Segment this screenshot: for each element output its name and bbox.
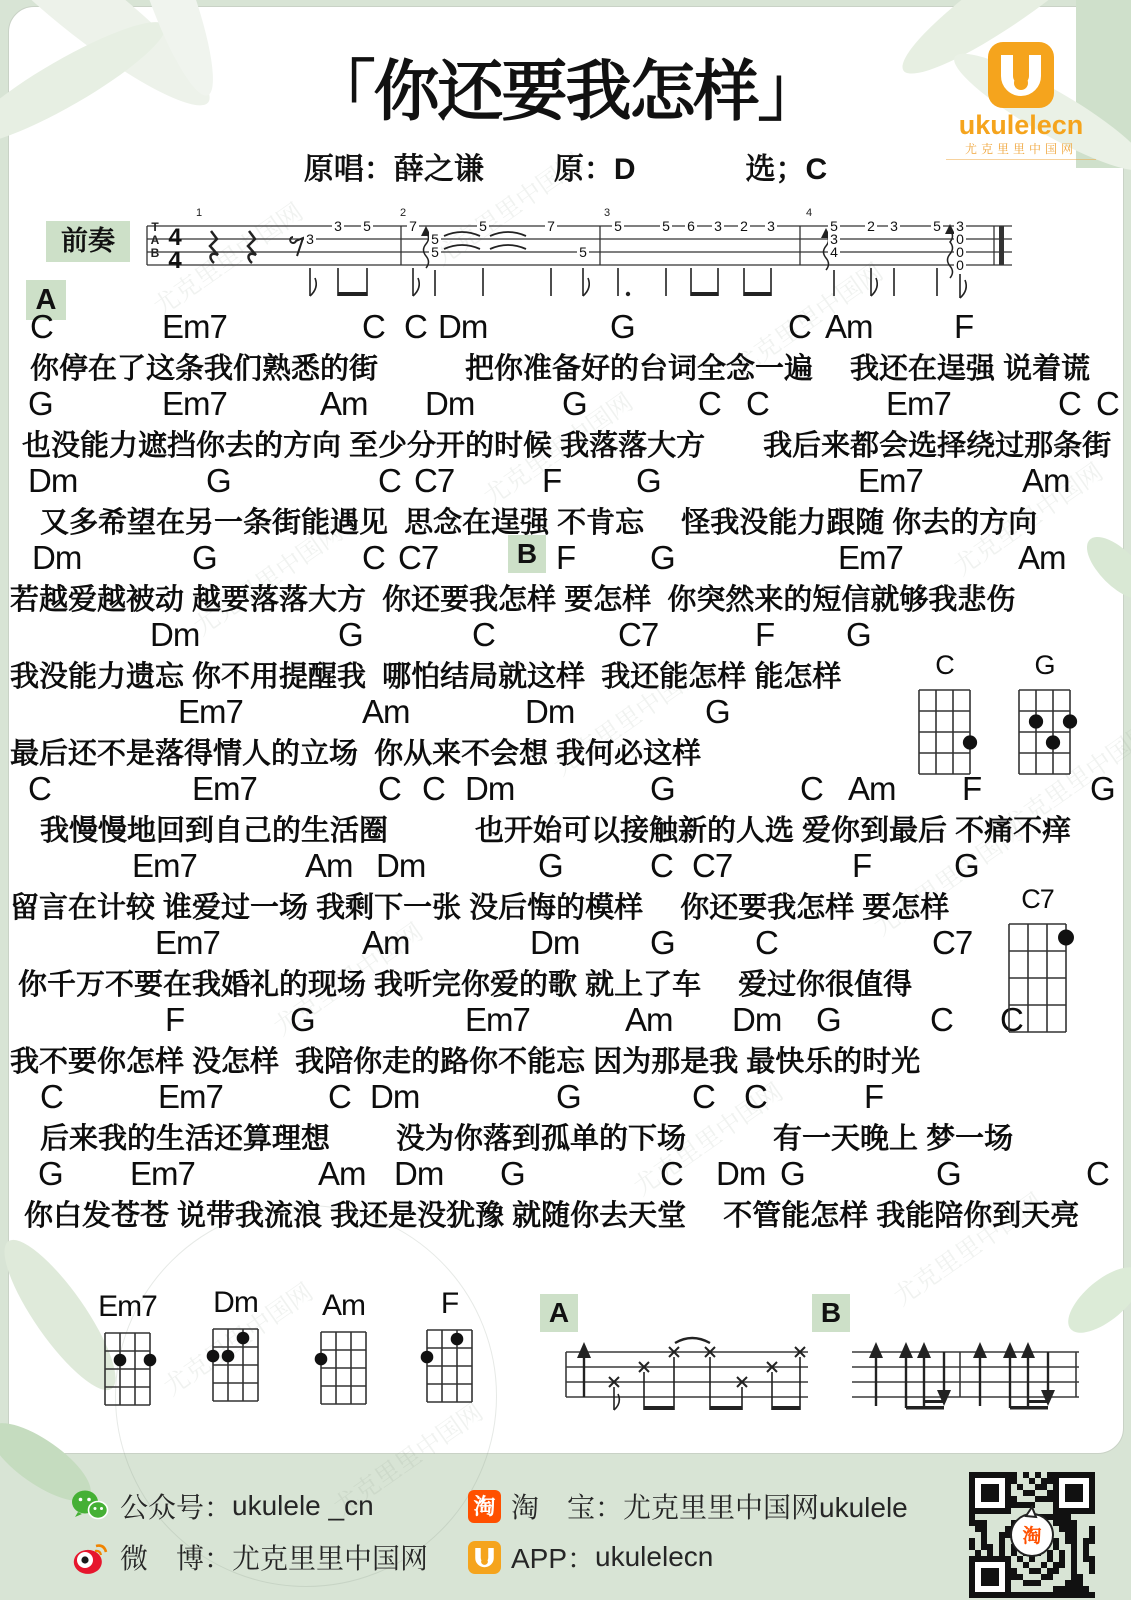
chord-label: Em7 [162,308,227,346]
tab-measure-number: 1 [196,207,202,219]
chord-label: Am [318,1155,366,1193]
section-b-marker: B [508,535,546,573]
tab-fret-number: 0 [956,257,964,273]
svg-text:A: A [151,233,160,247]
chord-label: Am [362,924,410,962]
chord-diagram-Dm: Dm [204,1286,267,1410]
chord-diagram-G: G [1010,650,1079,783]
song-line: GEm7AmDmGCDmGGC你白发苍苍 说带我流浪 我还是没犹豫 就随你去天堂… [10,1149,1122,1226]
chord-label: C [650,847,673,885]
footer-app-value: ukulelecn [595,1541,713,1573]
chord-label: C7 [398,539,438,577]
chord-label: G [338,616,363,654]
tab-fret-number: 3 [890,218,898,234]
credit-key-play: 选；C [746,153,828,186]
ukulelecn-logo-icon [988,42,1054,108]
qr-center-glyph: 淘 [1022,1524,1041,1547]
chord-label: Em7 [886,385,951,423]
chord-diagram-label: C7 [1000,884,1075,915]
chord-label: Am [848,770,896,808]
taobao-qr-code: 淘 [966,1472,1098,1598]
chord-label: G [28,385,53,423]
chord-label: G [556,1078,581,1116]
tab-fret-number: 3 [334,218,342,234]
song-line: GEm7AmDmGCCEm7CC也没能力遮挡你去的方向 至少分开的时候 我落落大… [10,379,1122,456]
chord-label: G [816,1001,841,1039]
chord-label: F [954,308,973,346]
chord-diagram-label: Em7 [96,1290,159,1324]
chord-diagram-label: Dm [204,1286,267,1320]
chord-label: Dm [150,616,199,654]
chord-label: F [864,1078,883,1116]
tab-fret-number: 2 [867,218,875,234]
chord-label: C [40,1078,63,1116]
chord-label: C7 [692,847,732,885]
tab-fret-number: 5 [614,218,622,234]
chord-label: G [1090,770,1115,808]
strum-pattern-b-label: B [812,1294,850,1332]
brand-subtitle: 尤克里里中国网 [946,140,1096,160]
chord-label: Em7 [838,539,903,577]
app-icon [468,1541,501,1574]
chord-label: Em7 [192,770,257,808]
chord-label: G [650,539,675,577]
strum-pattern-b [848,1330,1083,1415]
tab-measure-number: 4 [806,207,812,219]
chord-label: Dm [732,1001,781,1039]
chord-label: G [650,924,675,962]
chord-label: Am [625,1001,673,1039]
chord-label: C [660,1155,683,1193]
tab-fret-number: 4 [830,244,838,260]
chord-label: C [788,308,811,346]
tab-fret-number: 3 [714,218,722,234]
song-line: FGEm7AmDmGCC我不要你怎样 没怎样 我陪你走的路你不能忘 因为那是我 … [10,995,1122,1072]
tab-fret-number: 6 [687,218,695,234]
chord-label: Em7 [132,847,197,885]
chord-label: G [936,1155,961,1193]
chord-label: C [698,385,721,423]
tab-measure-number: 2 [400,207,406,219]
chord-label: C [746,385,769,423]
song-line: CEm7CDmGCCF后来我的生活还算理想 没为你落到孤单的下场 有一天晚上 梦… [10,1072,1122,1149]
footer-wechat-label: 公众号： [120,1486,232,1526]
chord-label: C [362,308,385,346]
tab-fret-number: 2 [740,218,748,234]
tab-fret-number: 3 [767,218,775,234]
svg-text:4: 4 [168,247,182,274]
chord-label: Am [305,847,353,885]
chord-label: Em7 [162,385,227,423]
footer-weibo-label: 微 博： [120,1537,232,1577]
chord-label: G [290,1001,315,1039]
chord-label: C [328,1078,351,1116]
chord-diagram-label: F [418,1287,481,1321]
chord-label: Dm [465,770,514,808]
chord-label: Dm [376,847,425,885]
chord-label: C [28,770,51,808]
chord-sheet-page: 尤克里里中国网尤克里里中国网尤克里里中国网尤克里里中国网尤克里里中国网尤克里里中… [0,0,1131,1600]
chord-label: G [206,462,231,500]
chord-label: G [192,539,217,577]
chord-label: C [755,924,778,962]
chord-label: Dm [425,385,474,423]
tab-measure-number: 3 [604,207,610,219]
tab-fret-number: 5 [579,244,587,260]
strum-pattern-a-label: A [540,1294,578,1332]
song-line: DmGCC7FGEm7AmB若越爱越被动 越要落落大方 你还要我怎样 要怎样 你… [10,533,1122,610]
chord-label: G [610,308,635,346]
chord-label: C [1086,1155,1109,1193]
chord-diagram-label: C [910,650,979,681]
tab-fret-number: 3 [306,231,314,247]
chord-label: F [165,1001,184,1039]
chord-label: G [38,1155,63,1193]
chord-label: C [422,770,445,808]
chord-diagram-label: Am [312,1289,375,1323]
chord-label: G [538,847,563,885]
tab-fret-number: 7 [409,218,417,234]
footer-wechat: 公众号：ukulele _cn [70,1486,374,1526]
brand-name: ukulelecn [946,110,1096,141]
tab-clef: TAB [151,220,160,260]
chord-label: Em7 [158,1078,223,1116]
chord-label: G [650,770,675,808]
chord-label: Em7 [178,693,243,731]
chord-label: F [755,616,774,654]
credit-singer: 原唱：薛之谦 [304,153,484,186]
song-line: Em7AmDmGCC7你千万不要在我婚礼的现场 我听完你爱的歌 就上了车 爱过你… [10,918,1122,995]
svg-text:B: B [151,246,160,260]
chord-label: C7 [932,924,972,962]
chord-label: C [1096,385,1119,423]
chord-label: C [930,1001,953,1039]
chord-label: Dm [28,462,77,500]
intro-label: 前奏 [46,221,130,262]
chord-label: C7 [414,462,454,500]
footer-taobao-label: 淘 宝： [511,1486,623,1526]
chord-label: Dm [32,539,81,577]
taobao-icon: 淘 [468,1490,501,1523]
chord-label: G [954,847,979,885]
chord-label: G [780,1155,805,1193]
chord-label: C [404,308,427,346]
chord-label: Dm [525,693,574,731]
tab-fret-number: 7 [547,218,555,234]
song-line: DmGCC7FGEm7Am又多希望在另一条街能遇见 思念在逞强 不肯忘 怪我没能… [10,456,1122,533]
footer-app-label: APP： [511,1537,595,1577]
chord-diagram-Am: Am [312,1289,375,1413]
chord-label: Em7 [130,1155,195,1193]
chord-label: F [542,462,561,500]
chord-label: C [744,1078,767,1116]
svg-text:T: T [151,220,159,234]
tab-fret-number: 5 [662,218,670,234]
tab-fret-number: 5 [933,218,941,234]
footer-weibo-value: 尤克里里中国网 [232,1537,428,1577]
tab-fret-number: 5 [363,218,371,234]
chord-label: C [1058,385,1081,423]
footer-taobao-value: 尤克里里中国网ukulele [623,1486,908,1526]
chord-label: C [378,462,401,500]
footer-app: APP：ukulelecn [468,1537,713,1577]
strum-pattern-a [562,1330,812,1415]
song-line: CEm7CCDmGCAmF你停在了这条我们熟悉的街 把你准备好的台词全念一遍 我… [10,302,1122,379]
chord-label: G [562,385,587,423]
chord-label: C [472,616,495,654]
lyric-line: 你白发苍苍 说带我流浪 我还是没犹豫 就随你去天堂 不管能怎样 我能陪你到天亮 [10,1193,1131,1234]
weibo-icon [70,1538,110,1576]
chord-label: Dm [370,1078,419,1116]
chord-label: Dm [438,308,487,346]
chord-label: Em7 [155,924,220,962]
chord-label: Dm [716,1155,765,1193]
chord-label: Em7 [858,462,923,500]
chord-label: F [556,539,575,577]
chord-label: C [378,770,401,808]
chord-label: C [362,539,385,577]
chord-label: Am [320,385,368,423]
chord-label: C7 [618,616,658,654]
chord-label: F [852,847,871,885]
footer-taobao: 淘 淘 宝：尤克里里中国网ukulele [468,1486,908,1526]
chord-label: Am [1022,462,1070,500]
tab-fret-number: 5 [431,244,439,260]
chord-diagram-label: G [1010,650,1079,681]
chord-label: Dm [394,1155,443,1193]
chord-label: Am [1018,539,1066,577]
chord-label: Am [825,308,873,346]
chord-label: G [846,616,871,654]
chord-diagram-F: F [418,1287,481,1411]
footer-weibo: 微 博：尤克里里中国网 [70,1537,428,1577]
chord-label: C [692,1078,715,1116]
chord-label: G [500,1155,525,1193]
song-line: Em7AmDmGCC7FG留言在计较 谁爱过一场 我剩下一张 没后悔的模样 你还… [10,841,1122,918]
chord-label: C [800,770,823,808]
chord-label: Am [362,693,410,731]
tab-time-signature: 44 [168,224,182,274]
chord-label: G [705,693,730,731]
chord-diagram-Em7: Em7 [96,1290,159,1414]
credit-key-original: 原：D [554,153,636,186]
tab-fret-number: 5 [479,218,487,234]
chord-diagram-C7: C7 [1000,884,1075,1041]
footer-wechat-value: ukulele _cn [232,1490,374,1522]
chord-diagram-C: C [910,650,979,783]
chord-label: G [636,462,661,500]
chord-label: C [30,308,53,346]
chord-label: Dm [530,924,579,962]
chord-label: Em7 [465,1001,530,1039]
wechat-icon [70,1488,110,1524]
